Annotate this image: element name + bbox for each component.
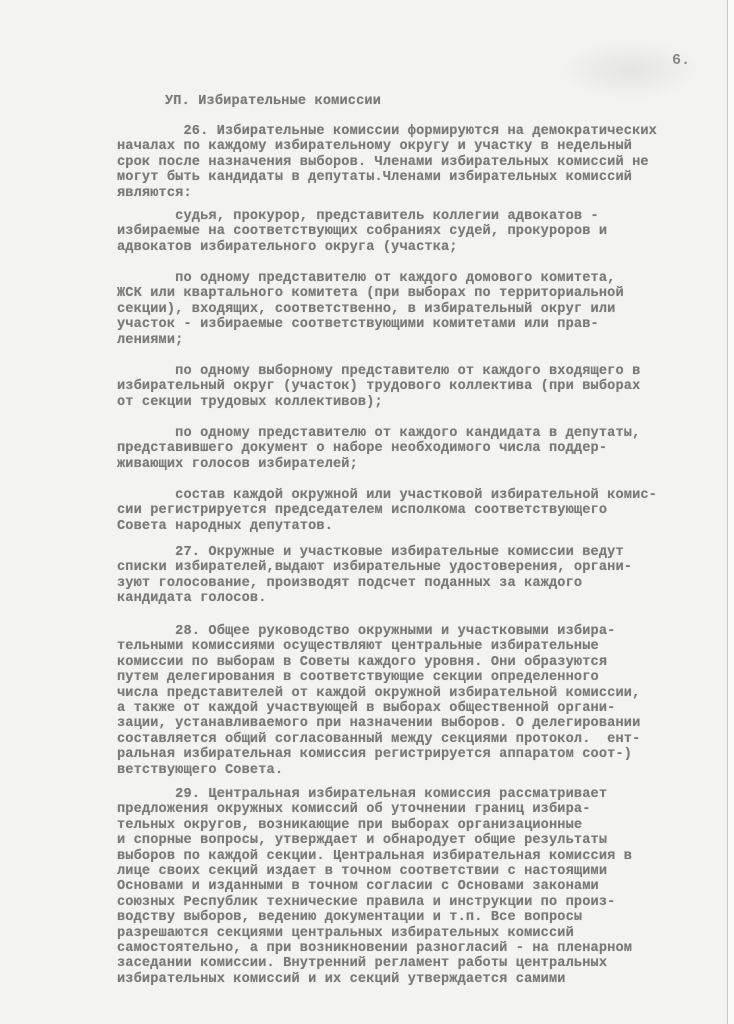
paragraph-26: 26. Избирательные комиссии формируются н… xyxy=(117,124,727,201)
scan-margin xyxy=(728,0,734,1024)
text-line: являются: xyxy=(117,186,727,201)
list-item-candidates: по одному представителю от каждого канди… xyxy=(117,426,727,472)
text-line: 28. Общее руководство окружными и участк… xyxy=(117,624,727,639)
text-line: по одному представителю от каждого домов… xyxy=(117,271,727,286)
paragraph-27: 27. Окружные и участковые избирательные … xyxy=(117,545,727,607)
section-heading: УП. Избирательные комиссии xyxy=(165,94,734,109)
text-line: по одному выборному представителю от каж… xyxy=(117,364,727,379)
paragraph-28: 28. Общее руководство окружными и участк… xyxy=(117,624,727,778)
paragraph-29: 29. Центральная избирательная комиссия р… xyxy=(117,787,727,987)
text-line: самостоятельно, а при возникновении разн… xyxy=(117,941,727,956)
list-item-judges: судья, прокурор, представитель коллегии … xyxy=(117,209,727,255)
list-item-labor-collectives: по одному выборному представителю от каж… xyxy=(117,364,727,410)
text-line: избирательный округ (участок) трудового … xyxy=(117,379,727,394)
text-line: избирательных комиссий и их секций утвер… xyxy=(117,972,727,987)
text-line: водству выборов, ведению документации и … xyxy=(117,910,727,925)
text-line: Основами и изданными в точном согласии с… xyxy=(117,879,727,894)
text-line: представившего документ о наборе необход… xyxy=(117,441,727,456)
text-line: а также от каждой участвующей в выборах … xyxy=(117,701,727,716)
text-line: предложения окружных комиссий об уточнен… xyxy=(117,802,727,817)
text-line: могут быть кандидаты в депутаты.Членами … xyxy=(117,170,727,185)
text-line: секции), входящих, соответственно, в изб… xyxy=(117,302,727,317)
text-line: 29. Центральная избирательная комиссия р… xyxy=(117,787,727,802)
text-line: Совета народных депутатов. xyxy=(117,519,727,534)
text-line: судья, прокурор, представитель коллегии … xyxy=(117,209,727,224)
text-line: от секции трудовых коллективов); xyxy=(117,395,727,410)
text-line: лениями; xyxy=(117,333,727,348)
text-line: живающих голосов избирателей; xyxy=(117,457,727,472)
text-line: по одному представителю от каждого канди… xyxy=(117,426,727,441)
text-line: зуют голосование, производят подсчет под… xyxy=(117,576,727,591)
text-line: срок после назначения выборов. Членами и… xyxy=(117,155,727,170)
text-line: ЖСК или квартального комитета (при выбор… xyxy=(117,286,727,301)
text-line: тельных округов, возникающие при выборах… xyxy=(117,818,727,833)
page-edge xyxy=(727,0,728,1024)
text-line: зации, устанавливаемого при назначении в… xyxy=(117,716,727,731)
text-line: состав каждой окружной или участковой из… xyxy=(117,488,727,503)
text-line: адвокатов избирательного округа (участка… xyxy=(117,240,727,255)
text-line: выборов по каждой секции. Центральная из… xyxy=(117,849,727,864)
text-line: союзных Республик технические правила и … xyxy=(117,895,727,910)
text-line: тельными комиссиями осуществляют централ… xyxy=(117,639,727,654)
text-line: комиссии по выборам в Советы каждого уро… xyxy=(117,655,727,670)
text-line: участок - избираемые соответствующими ко… xyxy=(117,317,727,332)
text-line: разрешаются секциями центральных избират… xyxy=(117,926,727,941)
text-line: 26. Избирательные комиссии формируются н… xyxy=(117,124,727,139)
text-line: списки избирателей,выдают избирательные … xyxy=(117,560,727,575)
text-line: избираемые на соответствующих собраниях … xyxy=(117,224,727,239)
paper-smudge xyxy=(560,40,700,100)
text-line: сии регистрируется председателем исполко… xyxy=(117,503,727,518)
text-line: кандидата голосов. xyxy=(117,591,727,606)
text-line: путем делегирования в соответствующие се… xyxy=(117,670,727,685)
list-item-house-committees: по одному представителю от каждого домов… xyxy=(117,271,727,348)
text-line: ральная избирательная комиссия регистрир… xyxy=(117,747,727,762)
text-line: числа представителей от каждой окружной … xyxy=(117,686,727,701)
text-line: составляется общий согласованный между с… xyxy=(117,732,727,747)
text-line: заседании комиссии. Внутренний регламент… xyxy=(117,956,727,971)
list-item-registration: состав каждой окружной или участковой из… xyxy=(117,488,727,534)
text-line: лице своих секций издает в точном соотве… xyxy=(117,864,727,879)
page-number: 6. xyxy=(672,52,690,69)
text-line: ветствующего Совета. xyxy=(117,763,727,778)
text-line: и спорные вопросы, утверждает и обнароду… xyxy=(117,833,727,848)
text-line: 27. Окружные и участковые избирательные … xyxy=(117,545,727,560)
text-line: началах по каждому избирательному округу… xyxy=(117,139,727,154)
